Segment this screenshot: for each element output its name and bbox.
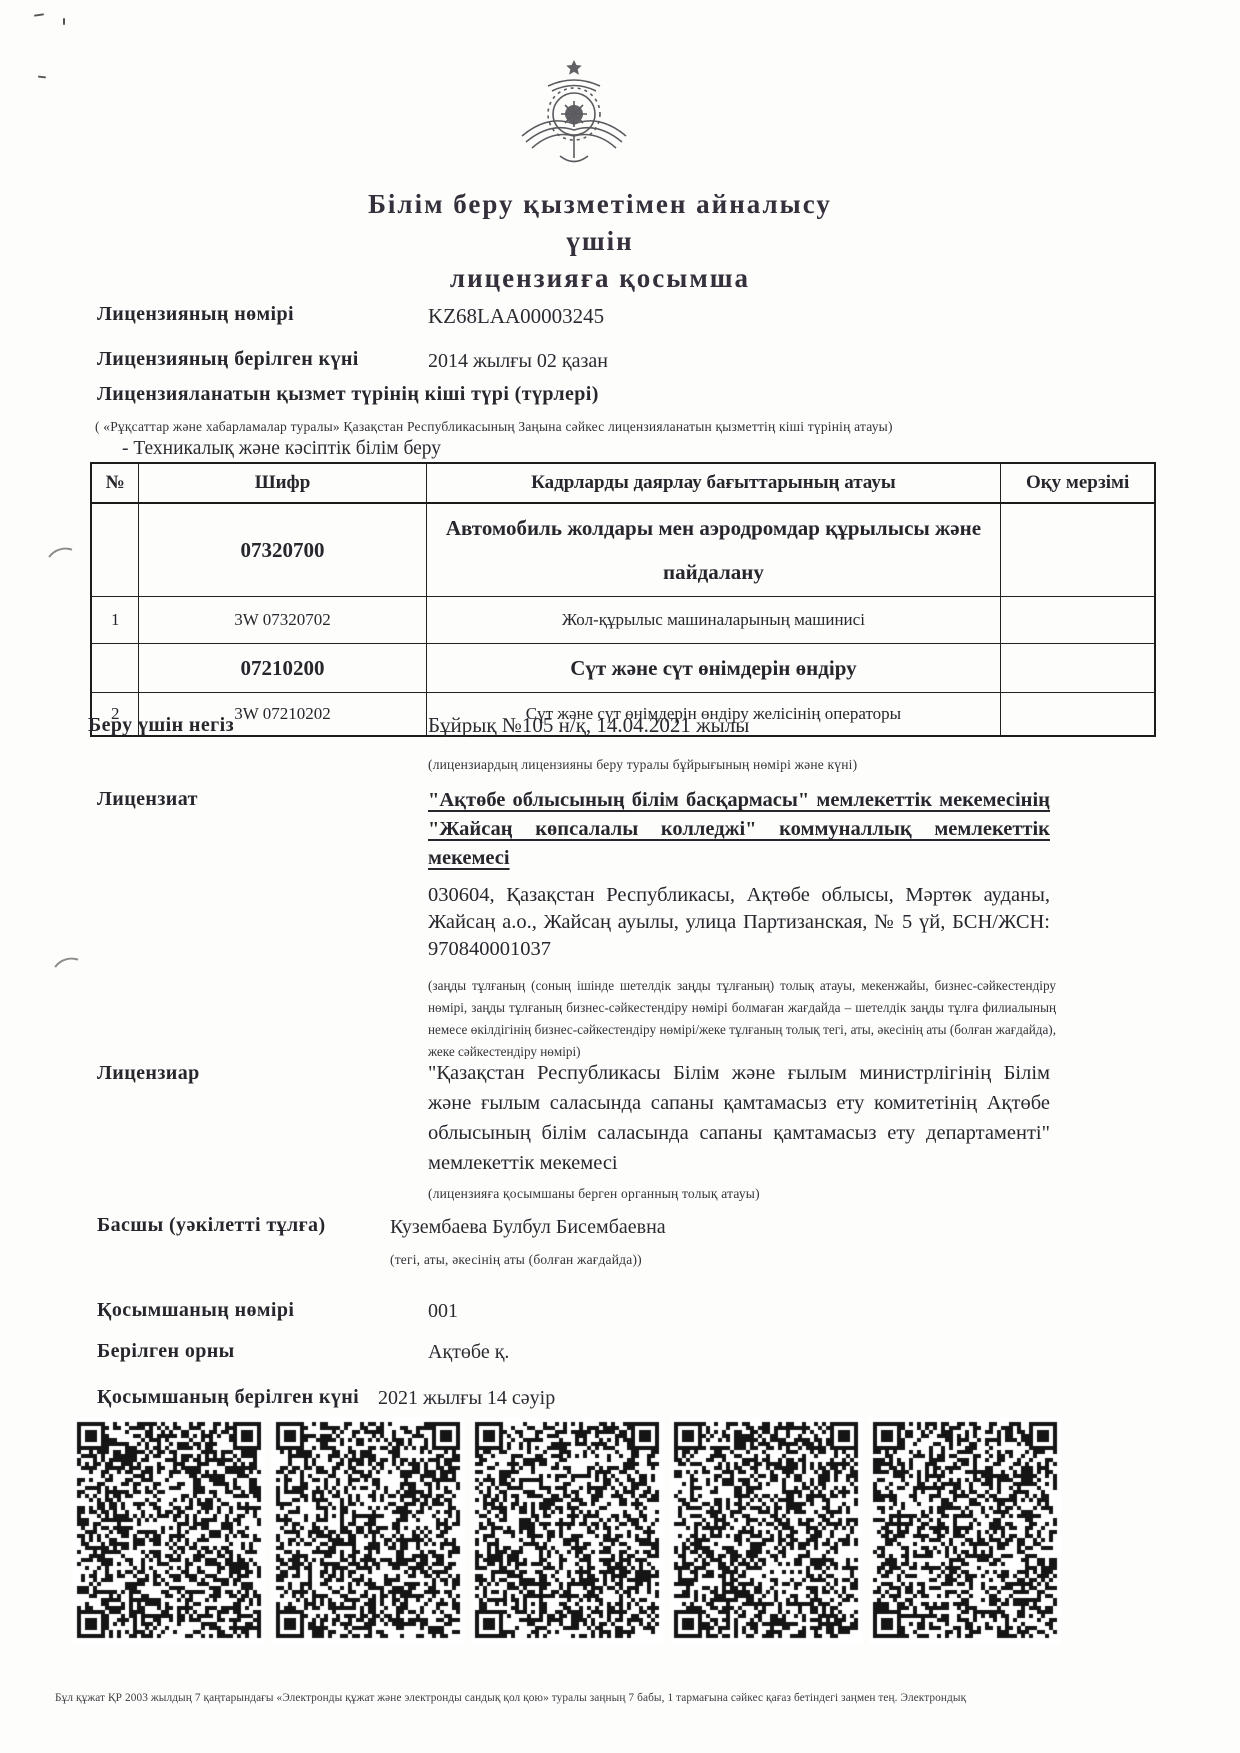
cell-term xyxy=(1001,597,1155,644)
table-row: 07320700 Автомобиль жолдары мен аэродром… xyxy=(91,503,1155,597)
scan-artifact xyxy=(34,13,44,16)
cell-direction: Сүт және сүт өнімдерін өндіру xyxy=(426,644,1001,693)
license-issue-date-label: Лицензияның берілген күні xyxy=(97,348,359,371)
col-header-number: № xyxy=(91,463,139,503)
license-number-label: Лицензияның нөмірі xyxy=(97,303,294,326)
basis-label: Беру үшін негіз xyxy=(88,714,234,737)
basis-note: (лицензиардың лицензияны беру туралы бұй… xyxy=(428,757,857,773)
cell-code: 07320700 xyxy=(139,503,426,597)
document-title: Білім беру қызметімен айналысу үшін лице… xyxy=(240,186,960,297)
annex-number-value: 001 xyxy=(428,1300,458,1323)
qr-code-4 xyxy=(670,1418,862,1644)
head-note: (тегі, аты, әкесінің аты (болған жағдайд… xyxy=(390,1252,642,1268)
issue-place-value: Ақтөбе қ. xyxy=(428,1341,509,1364)
cell-term xyxy=(1001,644,1155,693)
licensee-name: "Ақтөбе облысының білім басқармасы" мемл… xyxy=(428,786,1050,873)
licensee-note: (заңды тұлғаның (соның ішінде шетелдік з… xyxy=(428,975,1056,1063)
annex-issue-date-label: Қосымшаның берілген күні xyxy=(97,1386,359,1409)
head-label: Басшы (уәкілетті тұлға) xyxy=(97,1214,326,1237)
qr-code-1 xyxy=(73,1418,265,1644)
cell-number xyxy=(91,503,139,597)
licensor-label: Лицензиар xyxy=(97,1062,200,1085)
scan-artifact xyxy=(49,953,89,988)
licensee-address: 030604, Қазақстан Республикасы, Ақтөбе о… xyxy=(428,882,1050,963)
table-row: 07210200 Сүт және сүт өнімдерін өндіру xyxy=(91,644,1155,693)
licensor-note: (лицензияға қосымшаны берген органның то… xyxy=(428,1186,760,1202)
title-line: Білім беру қызметімен айналысу xyxy=(240,186,960,223)
cell-number xyxy=(91,644,139,693)
issue-place-label: Берілген орны xyxy=(97,1340,235,1363)
table-row: 1 3W 07320702 Жол-құрылыс машиналарының … xyxy=(91,597,1155,644)
licensor-name: "Қазақстан Республикасы Білім және ғылым… xyxy=(428,1058,1050,1178)
scan-artifact xyxy=(43,543,83,578)
annex-issue-date-value: 2021 жылғы 14 сәуір xyxy=(378,1387,555,1410)
kazakhstan-emblem-icon xyxy=(512,56,636,178)
cell-direction: Жол-құрылыс машиналарының машинисі xyxy=(426,597,1001,644)
license-annex-document: Білім беру қызметімен айналысу үшін лице… xyxy=(0,0,1240,1753)
table-header-row: № Шифр Кадрларды даярлау бағыттарының ат… xyxy=(91,463,1155,503)
cell-code: 07210200 xyxy=(139,644,426,693)
licensed-subtype-heading: Лицензияланатын қызмет түрінің кіші түрі… xyxy=(97,383,599,406)
cell-code: 3W 07320702 xyxy=(139,597,426,644)
training-directions-table: № Шифр Кадрларды даярлау бағыттарының ат… xyxy=(90,462,1156,737)
col-header-code: Шифр xyxy=(139,463,426,503)
scan-artifact xyxy=(63,18,65,25)
scan-artifact xyxy=(38,76,46,79)
cell-term xyxy=(1001,503,1155,597)
cell-direction: Автомобиль жолдары мен аэродромдар құрыл… xyxy=(426,503,1001,597)
basis-value: Бұйрық №105 н/қ, 14.04.2021 жылы xyxy=(428,713,749,738)
cell-number: 1 xyxy=(91,597,139,644)
head-value: Кузембаева Булбул Бисембаевна xyxy=(390,1216,666,1239)
col-header-direction: Кадрларды даярлау бағыттарының атауы xyxy=(426,463,1001,503)
title-line: лицензияға қосымша xyxy=(240,260,960,297)
qr-code-row xyxy=(73,1418,1061,1644)
licensed-subtype-value: - Техникалық және кәсіптік білім беру xyxy=(122,438,441,460)
license-issue-date-value: 2014 жылғы 02 қазан xyxy=(428,350,608,373)
license-number-value: KZ68LAA00003245 xyxy=(428,304,604,329)
legal-footer-text: Бұл құжат ҚР 2003 жылдың 7 қаңтарындағы … xyxy=(55,1692,1195,1704)
licensed-subtype-note: ( «Рұқсаттар және хабарламалар туралы» Қ… xyxy=(95,419,1075,435)
col-header-term: Оқу мерзімі xyxy=(1001,463,1155,503)
qr-code-3 xyxy=(471,1418,663,1644)
qr-code-5 xyxy=(869,1418,1061,1644)
title-line: үшін xyxy=(240,223,960,260)
cell-term xyxy=(1001,693,1155,737)
annex-number-label: Қосымшаның нөмірі xyxy=(97,1299,294,1322)
qr-code-2 xyxy=(272,1418,464,1644)
licensee-label: Лицензиат xyxy=(97,788,198,811)
